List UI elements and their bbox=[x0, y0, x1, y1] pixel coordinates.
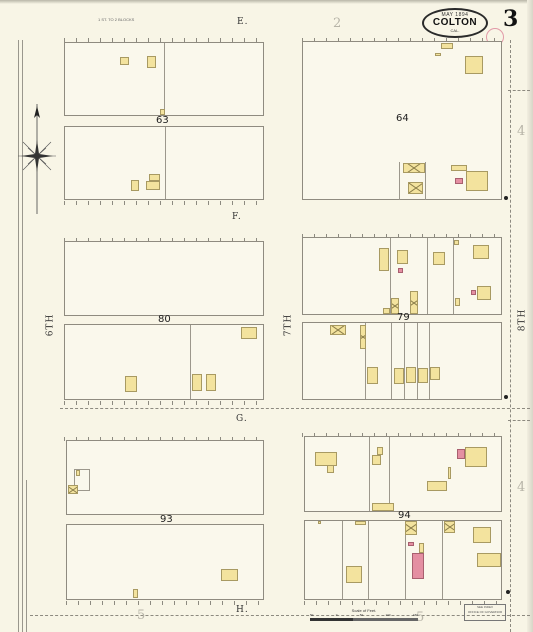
block-number-63: 63 bbox=[156, 115, 169, 126]
frame-building bbox=[448, 467, 451, 479]
scale-ticks: 50 0 50 100 150 bbox=[310, 613, 418, 617]
frame-building bbox=[379, 248, 389, 271]
lot-ticks bbox=[64, 201, 264, 205]
frame-building bbox=[318, 521, 321, 524]
brick-building bbox=[455, 178, 463, 184]
map-sheet: 1 ST. TO 2 BLOCKS 2 MAY 1894 COLTON CAL.… bbox=[0, 0, 533, 632]
frame-building bbox=[315, 452, 337, 466]
scale-tick: 0 bbox=[336, 613, 338, 617]
railroad-line bbox=[26, 480, 27, 632]
frame-building bbox=[473, 527, 491, 543]
block-80-north bbox=[64, 241, 264, 316]
lot-line bbox=[427, 238, 428, 314]
frame-building bbox=[147, 56, 156, 68]
street-label-g: G. bbox=[236, 414, 248, 424]
scale-of-feet: Scale of Feet. 50 0 50 100 150 bbox=[310, 608, 418, 621]
stable-building bbox=[68, 485, 78, 494]
lot-line bbox=[429, 323, 430, 399]
lot-line bbox=[399, 162, 400, 200]
lot-ticks bbox=[64, 401, 264, 405]
lot-line bbox=[404, 323, 405, 399]
frame-building bbox=[131, 180, 139, 191]
frame-building bbox=[465, 56, 483, 74]
frame-building bbox=[346, 566, 362, 583]
stable-building bbox=[403, 163, 425, 173]
brick-building bbox=[398, 268, 403, 273]
frame-building bbox=[451, 165, 467, 171]
frame-building bbox=[466, 171, 488, 191]
frame-building bbox=[76, 470, 80, 476]
block-63-south bbox=[64, 126, 264, 200]
sheet-boundary-line bbox=[510, 40, 511, 632]
block-79-south bbox=[302, 322, 502, 400]
lot-line bbox=[368, 521, 369, 599]
frame-building bbox=[367, 367, 378, 384]
lot-line bbox=[190, 325, 191, 399]
block-93-south bbox=[66, 524, 264, 600]
frame-building bbox=[435, 53, 441, 56]
brick-building bbox=[412, 553, 424, 579]
brick-building bbox=[408, 542, 414, 546]
street-label-7th: 7TH bbox=[283, 314, 293, 337]
lot-line bbox=[165, 127, 166, 199]
scale-tick: 50 bbox=[360, 613, 363, 617]
fire-hydrant-icon bbox=[504, 196, 508, 200]
block-63-north bbox=[64, 42, 264, 116]
lot-line bbox=[453, 238, 454, 314]
frame-building bbox=[372, 503, 394, 511]
frame-building bbox=[192, 374, 202, 391]
frame-building bbox=[146, 181, 160, 190]
lot-line bbox=[417, 323, 418, 399]
frame-building bbox=[221, 569, 238, 581]
stable-building bbox=[444, 521, 455, 533]
frame-building bbox=[377, 447, 383, 455]
lot-ticks bbox=[66, 601, 264, 605]
adjoining-sheet-bottom-left: 5 bbox=[137, 608, 145, 623]
frame-building bbox=[133, 589, 138, 598]
frame-building bbox=[430, 367, 440, 380]
scale-tick: 100 bbox=[386, 613, 391, 617]
lot-line bbox=[342, 521, 343, 599]
block-number-64: 64 bbox=[396, 113, 409, 124]
sheet-boundary-line bbox=[30, 615, 530, 616]
scan-edge-top bbox=[0, 0, 533, 4]
block-79-north bbox=[302, 237, 502, 315]
frame-building bbox=[441, 43, 453, 49]
lot-line bbox=[369, 437, 370, 511]
street-label-f: F. bbox=[232, 212, 242, 222]
frame-building bbox=[397, 250, 408, 264]
note-line: OFFICE OF GOVERNOR bbox=[465, 610, 505, 615]
frame-building bbox=[419, 543, 424, 553]
title-cartouche: MAY 1894 COLTON CAL. bbox=[422, 8, 488, 38]
frame-building bbox=[394, 368, 404, 384]
scale-tick: 150 bbox=[413, 613, 418, 617]
street-label-h: H. bbox=[236, 605, 249, 615]
block-94-north bbox=[304, 436, 502, 512]
frame-building bbox=[418, 368, 428, 383]
stable-building bbox=[330, 325, 346, 335]
frame-building bbox=[120, 57, 129, 65]
sheet-boundary-line bbox=[508, 90, 530, 91]
block-80-south bbox=[64, 324, 264, 400]
sheet-boundary-line bbox=[60, 408, 530, 409]
block-94-south bbox=[304, 520, 502, 600]
lot-line bbox=[391, 323, 392, 399]
frame-building bbox=[149, 174, 160, 181]
cartouche-city: COLTON bbox=[424, 18, 486, 28]
frame-building bbox=[383, 308, 390, 314]
frame-building bbox=[125, 376, 137, 392]
frame-building bbox=[477, 553, 501, 567]
header-note: 1 ST. TO 2 BLOCKS bbox=[98, 17, 134, 22]
brick-building bbox=[471, 290, 476, 295]
frame-building bbox=[406, 367, 416, 383]
scan-edge-right bbox=[527, 0, 533, 632]
compass-rose-icon bbox=[16, 104, 58, 214]
brick-building bbox=[457, 449, 465, 459]
stable-building bbox=[360, 325, 366, 349]
frame-building bbox=[477, 286, 491, 300]
fire-hydrant-icon bbox=[504, 395, 508, 399]
note-box: SEE INDEX OFFICE OF GOVERNOR bbox=[464, 604, 506, 621]
fire-hydrant-icon bbox=[506, 590, 510, 594]
stable-building bbox=[405, 521, 417, 535]
stable-building bbox=[408, 182, 423, 194]
lot-line bbox=[389, 437, 390, 511]
page-number: 3 bbox=[503, 6, 518, 32]
frame-building bbox=[454, 240, 459, 245]
frame-building bbox=[433, 252, 445, 265]
street-label-8th: 8TH bbox=[517, 309, 527, 332]
scale-tick: 50 bbox=[310, 613, 313, 617]
scale-bar bbox=[310, 618, 418, 621]
cartouche-state: CAL. bbox=[424, 28, 486, 33]
block-93-north bbox=[66, 440, 264, 515]
frame-building bbox=[327, 465, 334, 473]
frame-building bbox=[427, 481, 447, 491]
sheet-boundary-line bbox=[508, 420, 530, 421]
adjoining-sheet-right-upper: 4 bbox=[517, 124, 525, 139]
frame-building bbox=[473, 245, 489, 259]
adjoining-sheet-top: 2 bbox=[333, 16, 341, 31]
lot-line bbox=[164, 43, 165, 115]
street-label-6th: 6TH bbox=[45, 314, 55, 337]
stable-building bbox=[410, 291, 418, 314]
frame-building bbox=[355, 521, 366, 525]
frame-building bbox=[455, 298, 460, 306]
lot-line bbox=[442, 521, 443, 599]
frame-building bbox=[465, 447, 487, 467]
adjoining-sheet-right-lower: 4 bbox=[517, 480, 525, 495]
street-label-e: E. bbox=[237, 17, 248, 27]
frame-building bbox=[372, 455, 381, 465]
lot-line bbox=[425, 162, 426, 200]
frame-building bbox=[241, 327, 257, 339]
frame-building bbox=[206, 374, 216, 391]
